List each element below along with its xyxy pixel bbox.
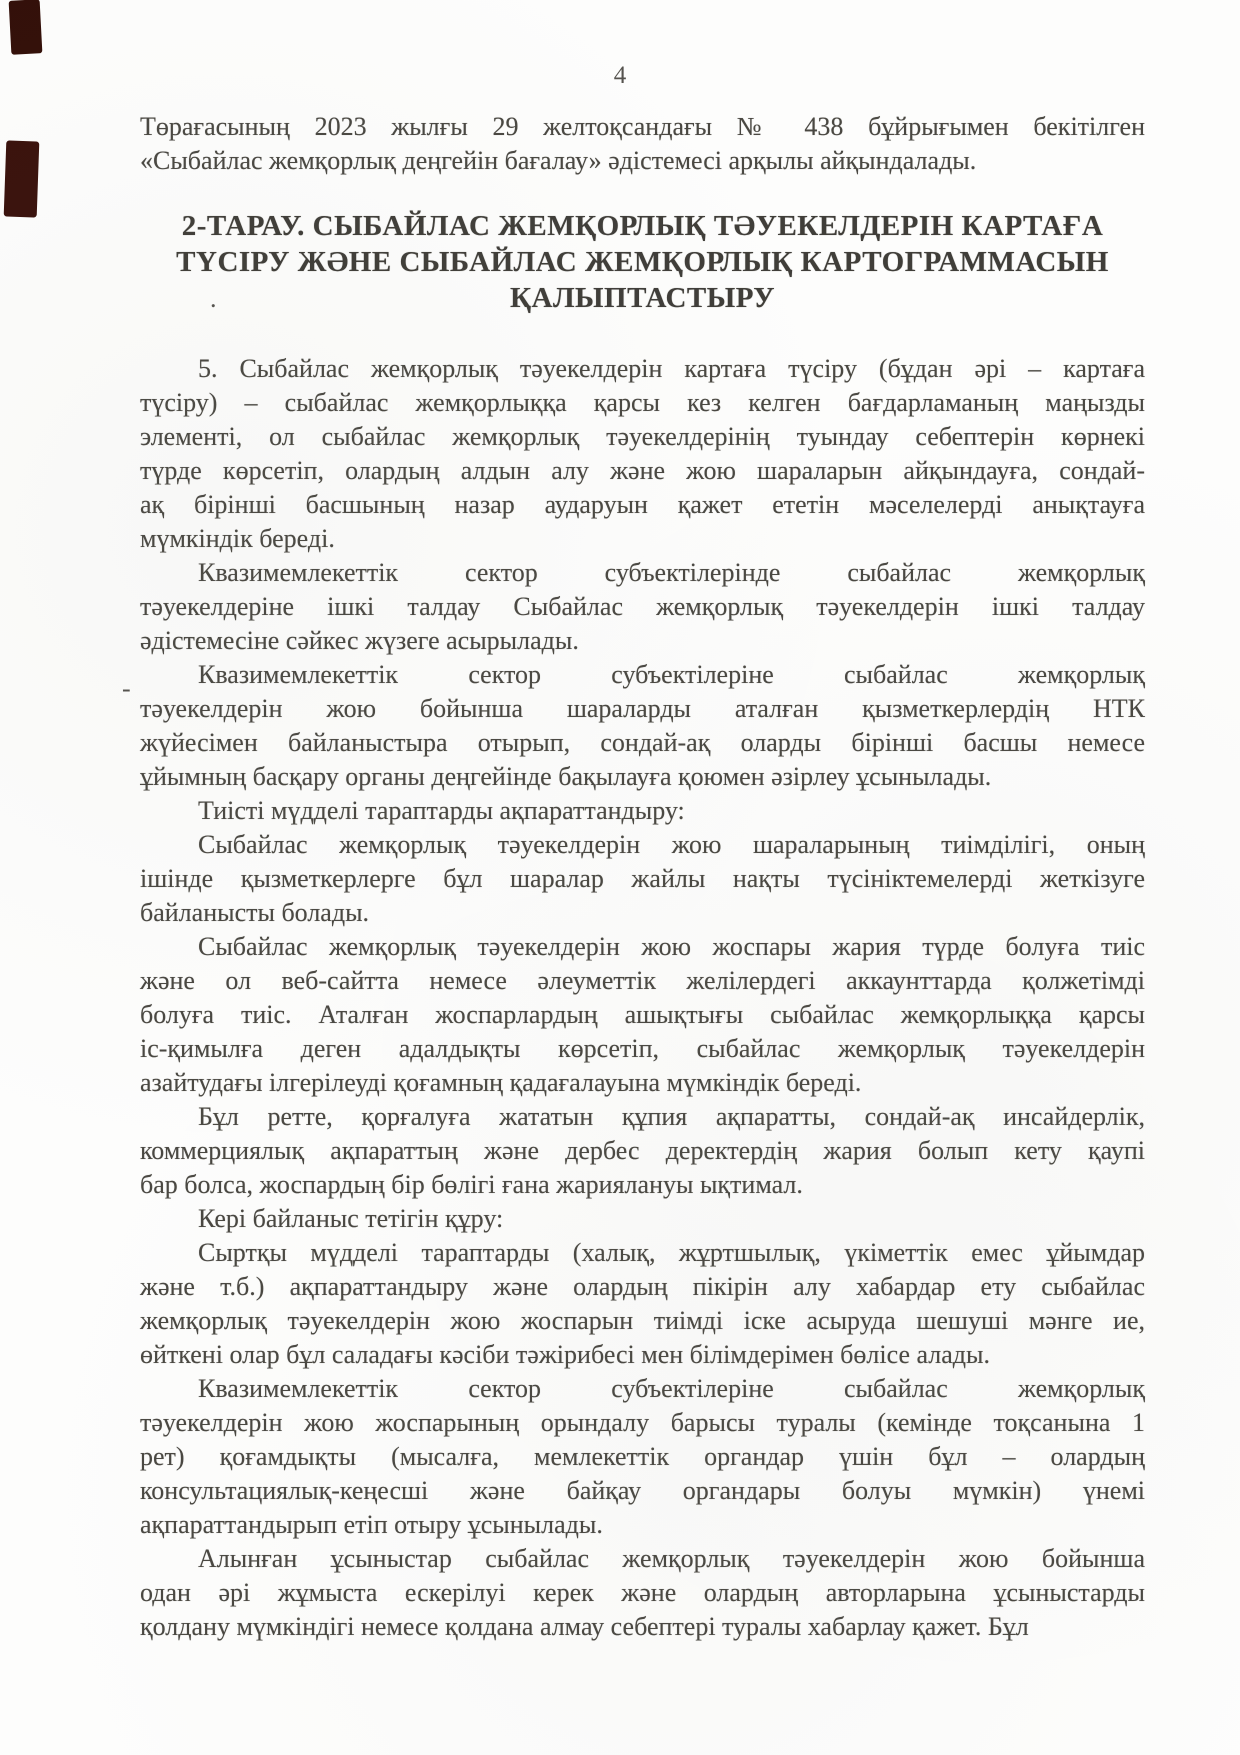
intro-paragraph: Төрағасының 2023 жылғы 29 желтоқсандағы …: [140, 110, 1145, 178]
text-line: Сыртқы мүдделі тараптарды (халық, жұртшы…: [140, 1236, 1145, 1270]
text-line: консультациялық-кеңесші және байқау орга…: [140, 1474, 1145, 1508]
text-line: ақпараттандырып етіп отыру ұсынылады.: [140, 1508, 1145, 1542]
text-line: рет) қоғамдықты (мысалға, мемлекеттік ор…: [140, 1440, 1145, 1474]
text-line: қолдану мүмкіндігі немесе қолдана алмау …: [140, 1610, 1145, 1644]
text-line: іс-қимылға деген адалдықты көрсетіп, сыб…: [140, 1032, 1145, 1066]
text-line: Тиісті мүдделі тараптарды ақпараттандыру…: [140, 794, 1145, 828]
text-line: тәуекелдерін жою жоспарының орындалу бар…: [140, 1406, 1145, 1440]
text-line: Квазимемлекеттік сектор субъектілерінде …: [140, 556, 1145, 590]
text-line: Квазимемлекеттік сектор субъектілеріне с…: [140, 1372, 1145, 1406]
text-line: және ол веб-сайтта немесе әлеуметтік жел…: [140, 964, 1145, 998]
text-line: одан әрі жұмыста ескерілуі керек және ол…: [140, 1576, 1145, 1610]
text-line: жемқорлық тәуекелдерін жою жоспарын тиім…: [140, 1304, 1145, 1338]
paragraph-received-proposals: Алынған ұсыныстар сыбайлас жемқорлық тәу…: [140, 1542, 1145, 1644]
text-line: өйткені олар бұл саладағы кәсіби тәжіриб…: [140, 1338, 1145, 1372]
text-line: коммерциялық ақпараттың және дербес дере…: [140, 1134, 1145, 1168]
text-line: ұйымның басқару органы деңгейінде бақыла…: [140, 760, 1145, 794]
text-line: 5. Сыбайлас жемқорлық тәуекелдерін карта…: [140, 352, 1145, 386]
text-line: тәуекелдеріне ішкі талдау Сыбайлас жемқо…: [140, 590, 1145, 624]
paragraph-internal-analysis: Квазимемлекеттік сектор субъектілерінде …: [140, 556, 1145, 658]
paragraph-public-plan: Сыбайлас жемқорлық тәуекелдерін жою жосп…: [140, 930, 1145, 1100]
document-body: 5. Сыбайлас жемқорлық тәуекелдерін карта…: [140, 352, 1145, 1644]
text-line: Алынған ұсыныстар сыбайлас жемқорлық тәу…: [140, 1542, 1145, 1576]
stray-ink-mark: .: [210, 284, 217, 314]
text-line: Сыбайлас жемқорлық тәуекелдерін жою жосп…: [140, 930, 1145, 964]
text-line: тәуекелдерін жою бойынша шараларды аталғ…: [140, 692, 1145, 726]
stray-ink-mark: -: [122, 674, 131, 704]
chapter-heading: 2-ТАРАУ. СЫБАЙЛАС ЖЕМҚОРЛЫҚ ТӘУЕКЕЛДЕРІН…: [140, 208, 1145, 316]
text-line: ақ бірінші басшының назар аударуын қажет…: [140, 488, 1145, 522]
text-line: мүмкіндік береді.: [140, 522, 1145, 556]
text-line: Кері байланыс тетігін құру:: [140, 1202, 1145, 1236]
text-line: жүйесімен байланыстыра отырып, сондай-ақ…: [140, 726, 1145, 760]
paragraph-external-stakeholders: Сыртқы мүдделі тараптарды (халық, жұртшы…: [140, 1236, 1145, 1372]
text-line: бар болса, жоспардың бір бөлігі ғана жар…: [140, 1168, 1145, 1202]
text-line: және т.б.) ақпараттандыру және олардың п…: [140, 1270, 1145, 1304]
page-number: 4: [0, 62, 1240, 90]
text-line: байланысты болады.: [140, 896, 1145, 930]
text-line: Квазимемлекеттік сектор субъектілеріне с…: [140, 658, 1145, 692]
text-line: ҚАЛЫПТАСТЫРУ: [140, 280, 1145, 316]
text-line: «Сыбайлас жемқорлық деңгейін бағалау» әд…: [140, 144, 1145, 178]
text-line: ТҮСІРУ ЖӘНЕ СЫБАЙЛАС ЖЕМҚОРЛЫҚ КАРТОГРАМ…: [140, 244, 1145, 280]
text-line: Бұл ретте, қорғалуға жататын құпия ақпар…: [140, 1100, 1145, 1134]
text-line: болуға тиіс. Аталған жоспарлардың ашықты…: [140, 998, 1145, 1032]
paragraph-elimination-measures: Квазимемлекеттік сектор субъектілеріне с…: [140, 658, 1145, 794]
text-line: азайтудағы ілгерілеуді қоғамның қадағала…: [140, 1066, 1145, 1100]
text-line: 2-ТАРАУ. СЫБАЙЛАС ЖЕМҚОРЛЫҚ ТӘУЕКЕЛДЕРІН…: [140, 208, 1145, 244]
text-line: элементі, ол сыбайлас жемқорлық тәуекелд…: [140, 420, 1145, 454]
text-line: түсіру) – сыбайлас жемқорлыққа қарсы кез…: [140, 386, 1145, 420]
paragraph-feedback-label: Кері байланыс тетігін құру:: [140, 1202, 1145, 1236]
left-edge-scan-mark: [9, 0, 43, 55]
text-line: түрде көрсетіп, олардың алдын алу және ж…: [140, 454, 1145, 488]
text-line: Төрағасының 2023 жылғы 29 желтоқсандағы …: [140, 110, 1145, 144]
paragraph-quarterly-informing: Квазимемлекеттік сектор субъектілеріне с…: [140, 1372, 1145, 1542]
paragraph-5-risk-mapping: 5. Сыбайлас жемқорлық тәуекелдерін карта…: [140, 352, 1145, 556]
left-edge-scan-mark: [4, 140, 40, 217]
paragraph-measure-effectiveness: Сыбайлас жемқорлық тәуекелдерін жою шара…: [140, 828, 1145, 930]
paragraph-informing-stakeholders-label: Тиісті мүдделі тараптарды ақпараттандыру…: [140, 794, 1145, 828]
text-line: Сыбайлас жемқорлық тәуекелдерін жою шара…: [140, 828, 1145, 862]
paragraph-confidential-info: Бұл ретте, қорғалуға жататын құпия ақпар…: [140, 1100, 1145, 1202]
text-line: әдістемесіне сәйкес жүзеге асырылады.: [140, 624, 1145, 658]
text-line: ішінде қызметкерлерге бұл шаралар жайлы …: [140, 862, 1145, 896]
